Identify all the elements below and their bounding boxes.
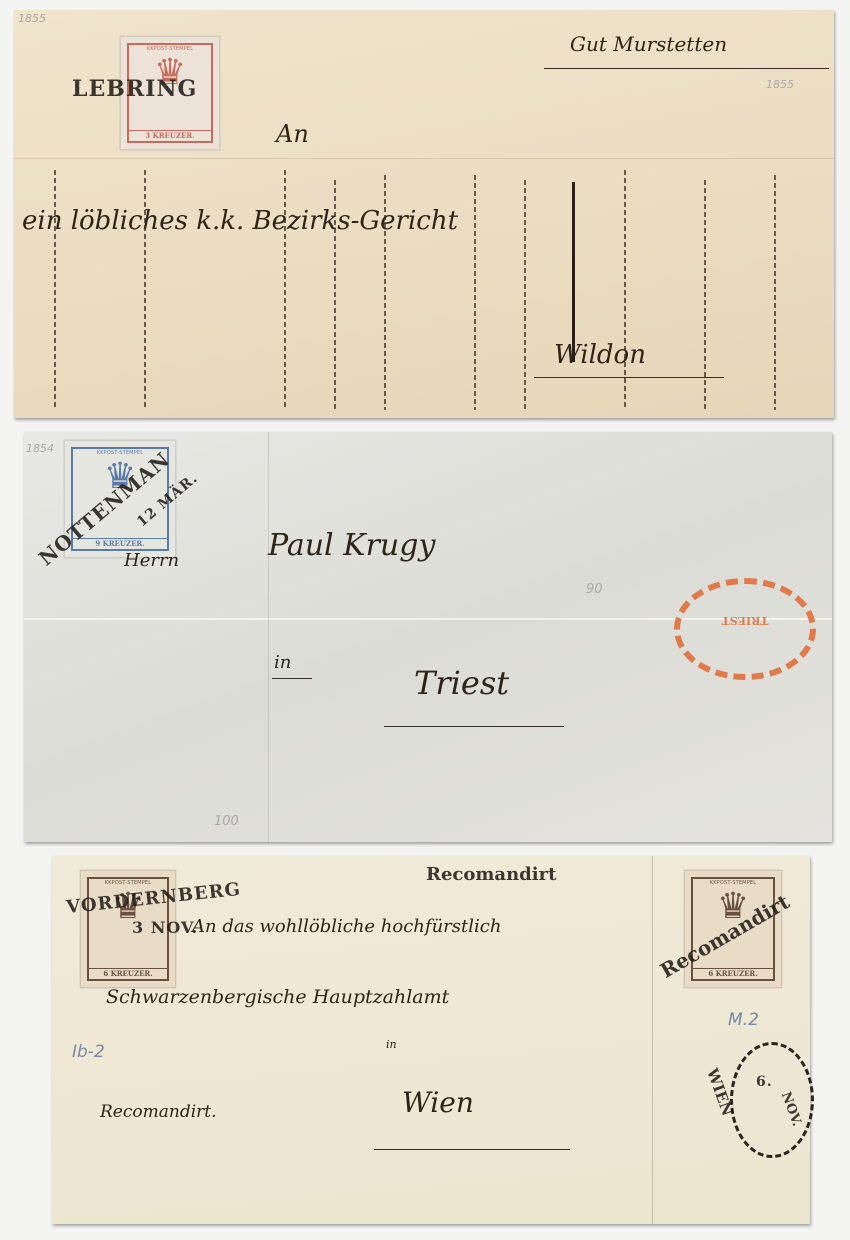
address-line: Paul Krugy — [268, 528, 435, 563]
stamp-value: 6 KREUZER. — [89, 968, 167, 978]
pencil-note: 1854 — [26, 442, 54, 455]
ink-stroke — [572, 182, 575, 362]
arrival-postmark-day: 6. — [756, 1074, 773, 1090]
fold-line — [14, 158, 834, 159]
address-line: in — [386, 1038, 397, 1051]
pencil-note: 1855 — [18, 12, 46, 25]
postal-cover-2: 1854 90 100 KKPOST-STEMPEL ♛ 9 KREUZER. … — [24, 432, 832, 842]
fold-line — [652, 856, 653, 1224]
postmark-date: 3 NOV. — [132, 918, 198, 937]
address-line: Wildon — [554, 340, 646, 370]
pencil-note: Ib-2 — [72, 1042, 105, 1062]
crossed-writing — [524, 180, 526, 410]
crossed-writing — [384, 175, 386, 410]
crossed-writing — [144, 170, 146, 410]
crossed-writing — [284, 170, 286, 410]
handwritten-note: Recomandirt. — [100, 1102, 217, 1122]
underline — [374, 1149, 570, 1150]
underline — [544, 68, 829, 69]
pencil-note: 100 — [214, 814, 239, 829]
stamp-value: 3 KREUZER. — [129, 130, 211, 140]
postmark-lebring: LEBRING — [72, 76, 197, 102]
postal-cover-3: KKPOST-STEMPEL ♛ 6 KREUZER. VORDERNBERG … — [52, 856, 810, 1224]
address-line: An — [276, 120, 309, 148]
underline — [272, 678, 312, 679]
address-line: Wien — [402, 1086, 474, 1119]
pencil-note: M.2 — [728, 1010, 759, 1030]
fold-line — [268, 432, 269, 842]
sender-note: Gut Murstetten — [570, 32, 727, 56]
address-line: Herrn — [124, 550, 179, 571]
crossed-writing — [474, 175, 476, 410]
pencil-note: 1855 — [766, 78, 794, 91]
stamp-value: 9 KREUZER. — [73, 538, 167, 548]
crossed-writing — [54, 170, 56, 410]
address-line: An das wohllöbliche hochfürstlich — [192, 916, 501, 937]
postal-cover-1: 1855 1855 KKPOST-STEMPEL ♛ 3 KREUZER. LE… — [14, 10, 834, 418]
underline — [534, 377, 724, 378]
address-line: in — [274, 652, 291, 673]
pencil-note: 90 — [586, 582, 603, 597]
arrival-postmark-wien — [730, 1042, 814, 1158]
crossed-writing — [704, 180, 706, 410]
crossed-writing — [774, 175, 776, 410]
arrival-postmark-text: TRIEST — [674, 614, 816, 627]
address-line: Schwarzenbergische Hauptzahlamt — [106, 986, 449, 1008]
underline — [384, 726, 564, 727]
address-line: Triest — [414, 664, 509, 702]
registered-mark: Recomandirt — [426, 864, 556, 885]
stamp-value: 6 KREUZER. — [693, 968, 773, 978]
address-line: ein löbliches k.k. Bezirks-Gericht — [22, 206, 458, 236]
crossed-writing — [624, 170, 626, 410]
arrival-postmark-triest — [674, 578, 816, 680]
crossed-writing — [334, 180, 336, 410]
